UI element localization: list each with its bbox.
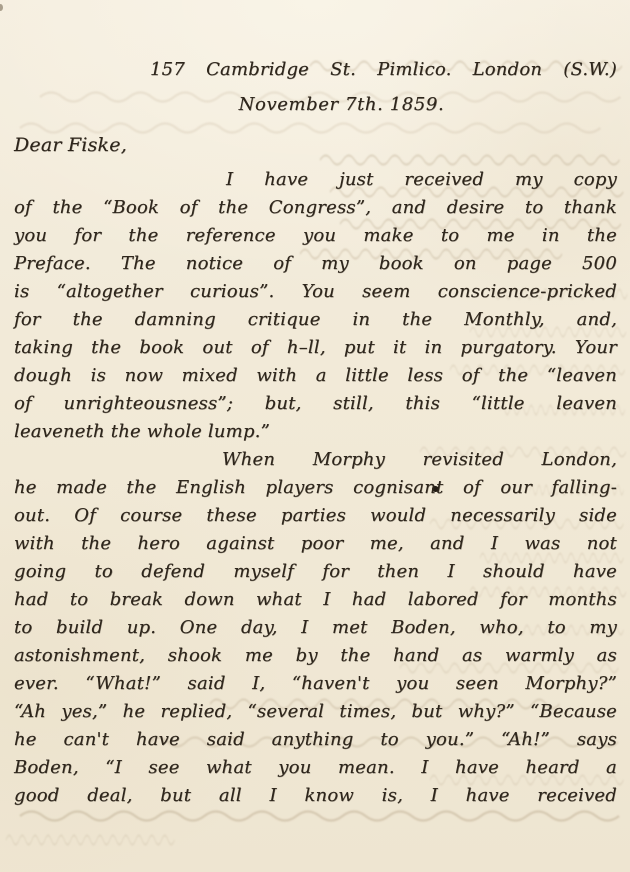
letter-line: When Morphy revisited London, [222, 446, 617, 474]
letter-line: good deal, but all I know is, I have rec… [14, 782, 617, 810]
letter-line: leaveneth the whole lump.” [14, 418, 617, 446]
letter-line: he can't have said anything to you.” “Ah… [14, 726, 617, 754]
letter-line: is “altogether curious”. You seem consci… [14, 278, 617, 306]
letter-body: 157 Cambridge St. Pimlico. London (S.W.)… [0, 0, 630, 872]
letter-line: he made the English players cognisant of… [14, 474, 617, 502]
letter-line: Preface. The notice of my book on page 5… [14, 250, 617, 278]
address-line: 157 Cambridge St. Pimlico. London (S.W.) [150, 52, 617, 88]
letter-line: I have just received my copy [226, 166, 617, 194]
letter-line: to build up. One day, I met Boden, who, … [14, 614, 617, 642]
letter-line: had to break down what I had labored for… [14, 586, 617, 614]
letter-line: going to defend myself for then I should… [14, 558, 617, 586]
letter-line: with the hero against poor me, and I was… [14, 530, 617, 558]
scanned-letter-page: 157 Cambridge St. Pimlico. London (S.W.)… [0, 0, 630, 872]
letter-line: you for the reference you make to me in … [14, 222, 617, 250]
letter-line: of the “Book of the Congress”, and desir… [14, 194, 617, 222]
letter-line: for the damning critique in the Monthly,… [14, 306, 617, 334]
letter-line: of unrighteousness”; but, still, this “l… [14, 390, 617, 418]
salutation: Dear Fiske, [14, 128, 617, 162]
letter-line: Boden, “I see what you mean. I have hear… [14, 754, 617, 782]
letter-line: “Ah yes,” he replied, “several times, bu… [14, 698, 617, 726]
letter-line: dough is now mixed with a little less of… [14, 362, 617, 390]
date-line: November 7th. 1859. [40, 88, 630, 122]
letter-line: astonishment, shook me by the hand as wa… [14, 642, 617, 670]
letter-line: ever. “What!” said I, “haven't you seen … [14, 670, 617, 698]
letter-line: taking the book out of h–ll, put it in p… [14, 334, 617, 362]
letter-line: out. Of course these parties would neces… [14, 502, 617, 530]
